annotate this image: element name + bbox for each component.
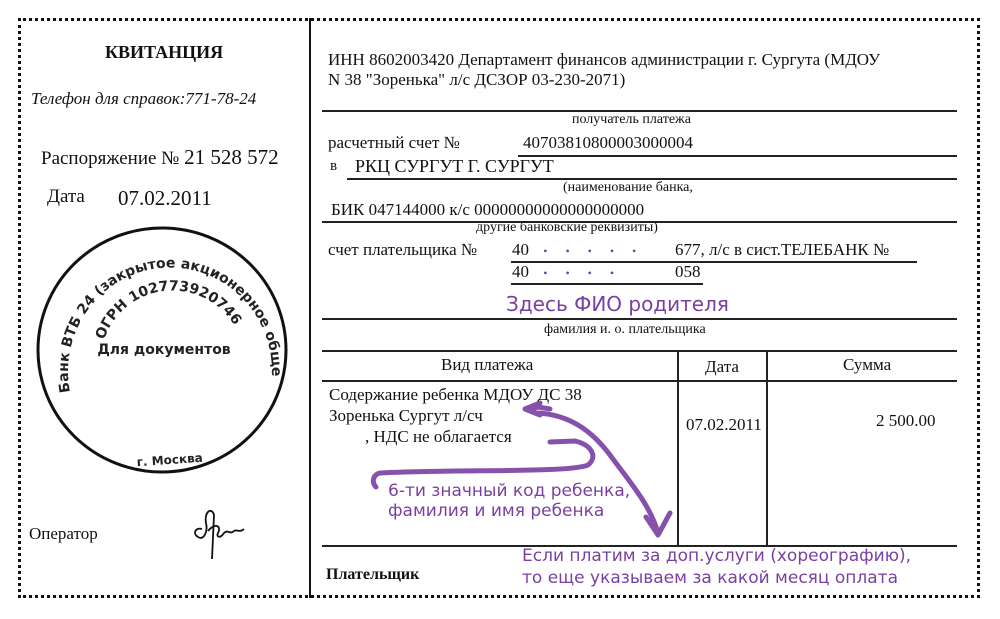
bank-value: РКЦ СУРГУТ Г. СУРГУТ — [355, 156, 554, 177]
payer-name-caption: фамилия и. о. плательщика — [544, 322, 706, 338]
order-row: Распоряжение № 21 528 572 — [41, 145, 279, 170]
operator-label: Оператор — [29, 524, 98, 544]
stamp-center-text: Для документов — [97, 342, 230, 358]
date-label: Дата — [47, 186, 85, 208]
payer-account-line-2-start: 40 — [512, 262, 529, 281]
bank-prefix: в — [330, 158, 337, 175]
extra-services-note-line-1: Если платим за доп.услуги (хореографию), — [522, 546, 911, 566]
stub-divider — [309, 18, 311, 598]
payer-name-hint: Здесь ФИО родителя — [506, 292, 729, 316]
order-number: 21 528 572 — [184, 145, 279, 169]
payer-account-line-1-start: 40 — [512, 240, 529, 259]
extra-services-note-line-2: то еще указываем за какой месяц оплата — [522, 568, 898, 588]
table-header-date: Дата — [705, 357, 739, 377]
child-code-note-line-1: 6-ти значный код ребенка, — [388, 481, 630, 501]
bik-value: БИК 047144000 к/с 00000000000000000000 — [331, 200, 644, 220]
stamp-bottom-text: г. Москва — [136, 451, 203, 470]
table-header-amount: Сумма — [843, 355, 891, 375]
operator-signature-icon — [188, 503, 248, 563]
payer-account-line-2-end: 058 — [675, 262, 701, 282]
account-value: 40703810800003000004 — [523, 133, 693, 153]
payer-account-underline-2 — [511, 283, 703, 285]
payer-account-line-1-end: 677, л/с в сист.ТЕЛЕБАНК № — [675, 240, 889, 260]
bik-caption: другие банковские реквизиты) — [476, 220, 658, 236]
recipient-line-1: ИНН 8602003420 Департамент финансов адми… — [328, 50, 880, 70]
date-value: 07.02.2011 — [118, 186, 212, 211]
recipient-line-2: N 38 "Зоренька" л/с ДСЗОР 03-230-2071) — [328, 70, 625, 90]
phone-info: Телефон для справок:771-78-24 — [31, 89, 256, 109]
bank-stamp: Банк ВТБ 24 (закрытое акционерное общест… — [32, 222, 302, 482]
payer-account-line-2: 40 •••• 058 — [512, 262, 632, 282]
table-header-border — [322, 380, 957, 382]
payment-amount: 2 500.00 — [876, 411, 936, 431]
table-top-border — [322, 350, 957, 352]
redacted-digits: •••• — [533, 266, 632, 280]
order-label: Распоряжение № — [41, 148, 179, 169]
redacted-digits: ••••• — [533, 244, 654, 258]
payer-name-underline — [322, 318, 957, 320]
payer-account-line-1: 40 ••••• 677, л/с в сист.ТЕЛЕБАНК № — [512, 240, 917, 260]
account-label: расчетный счет № — [328, 133, 460, 153]
receipt-title: КВИТАНЦИЯ — [105, 42, 223, 63]
payer-label: Плательщик — [326, 566, 419, 584]
svg-text:Банк ВТБ 24 (закрытое акционер: Банк ВТБ 24 (закрытое акционерное общест… — [32, 222, 284, 394]
annotation-arrows-icon — [360, 395, 700, 545]
table-header-type: Вид платежа — [441, 355, 533, 375]
payer-account-label: счет плательщика № — [328, 240, 477, 260]
bank-caption: (наименование банка, — [563, 180, 693, 196]
recipient-caption: получатель платежа — [572, 112, 691, 128]
stamp-outer-text: Банк ВТБ 24 (закрытое акционерное общест… — [32, 222, 284, 394]
child-code-note-line-2: фамилия и имя ребенка — [388, 501, 604, 521]
account-underline — [518, 155, 957, 157]
table-col-divider-2 — [766, 350, 768, 545]
